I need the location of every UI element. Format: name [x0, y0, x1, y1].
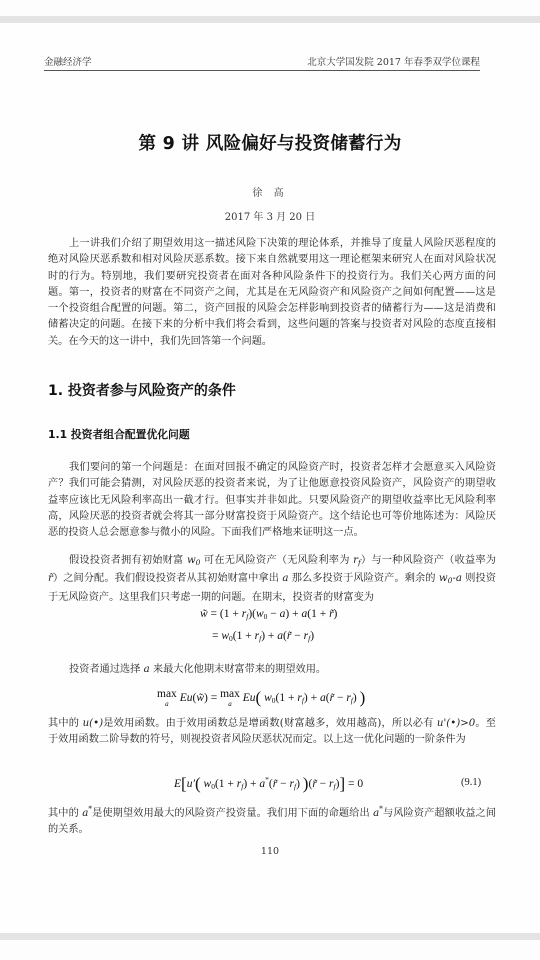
- date: 2017 年 3 月 20 日: [0, 208, 540, 223]
- paragraph-setup: 假设投资者拥有初始财富 w0 可在无风险资产（无风险利率为 rf）与一种风险资产…: [48, 553, 496, 606]
- lecture-title: 第 9 讲 风险偏好与投资储蓄行为: [0, 130, 540, 155]
- equation-wealth-line2: = w0(1 + rf) + a(r̃ − rf): [212, 630, 314, 643]
- paragraph-question: 我们要问的第一个问题是：在面对回报不确定的风险资产时，投资者怎样才会愿意买入风险…: [48, 460, 496, 541]
- running-header: 金融经济学 北京大学国发院 2017 年春季双学位课程: [44, 52, 480, 71]
- intro-paragraph: 上一讲我们介绍了期望效用这一描述风险下决策的理论体系，并推导了度量人风险厌恶程度…: [48, 236, 496, 350]
- page-number: 110: [0, 846, 540, 857]
- author: 徐 高: [0, 184, 540, 199]
- paragraph-objective: 投资者通过选择 a 来最大化他期末财富带来的期望效用。: [48, 662, 496, 678]
- paragraph-optimal-a: 其中的 a*是使期望效用最大的风险资产投资量。我们用下面的命题给出 a*与风险资…: [48, 801, 496, 839]
- section-heading: 1. 投资者参与风险资产的条件: [48, 380, 236, 400]
- equation-wealth-line1: w̃ = (1 + rf)(w0 − a) + a(1 + r̃): [200, 608, 337, 621]
- header-institution: 北京大学国发院 2017 年春季双学位课程: [307, 54, 480, 68]
- paragraph-utility: 其中的 u(•)是效用函数。由于效用函数总是增函数(财富越多，效用越高)，所以必…: [48, 716, 496, 749]
- equation-number: (9.1): [461, 777, 481, 788]
- subsection-heading: 1.1 投资者组合配置优化问题: [48, 427, 190, 442]
- equation-first-order-condition: E[u′( w0(1 + rf) + a*(r̃ − rf) )(r̃ − rf…: [174, 774, 363, 794]
- page-gap-bottom: [0, 933, 540, 940]
- equation-maximization: maxa Eu(w̃) = maxa Eu( w0(1 + rf) + a(r̃…: [157, 688, 365, 708]
- header-course-name: 金融经济学: [44, 54, 92, 68]
- page-gap-top: [0, 16, 540, 23]
